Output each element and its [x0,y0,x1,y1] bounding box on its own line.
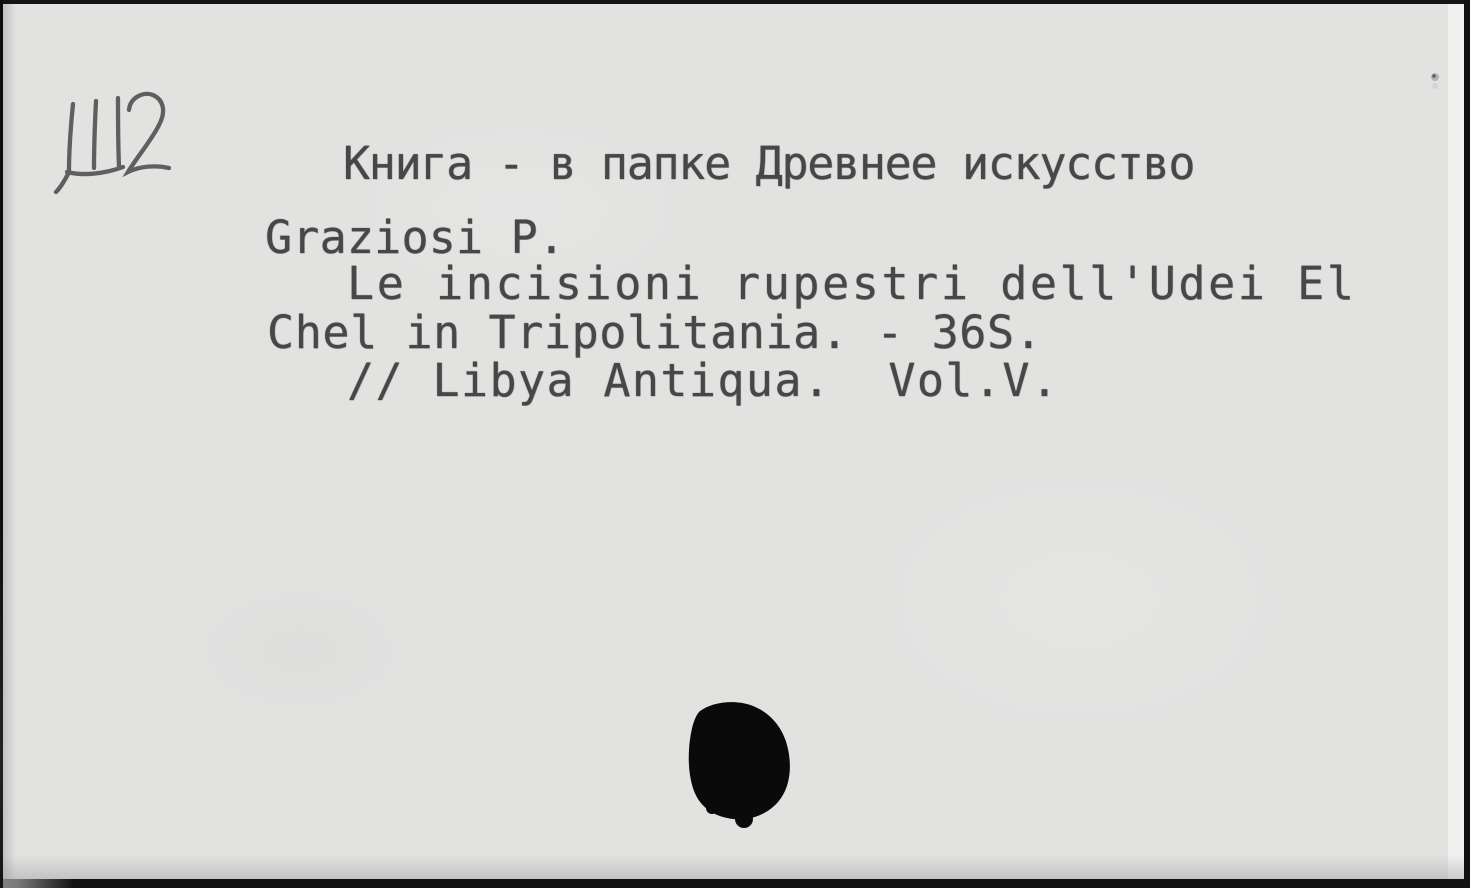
scan-border-left [0,0,3,888]
ink-blot [689,702,790,828]
catalog-card-scan: Ш2 Книга - в папке Древнее искусство Gra… [0,0,1470,888]
dust-speck [1431,73,1439,89]
scan-border-bottom [0,879,1470,888]
scan-left-shadow [3,0,16,888]
scan-right-edge-band [1448,4,1464,882]
scan-border-right [1464,0,1470,888]
scan-border-top [0,0,1470,4]
scan-bottom-shadow [0,855,1470,879]
scan-artifacts-layer [0,0,1470,888]
shelf-mark-handwriting-icon [56,94,169,192]
